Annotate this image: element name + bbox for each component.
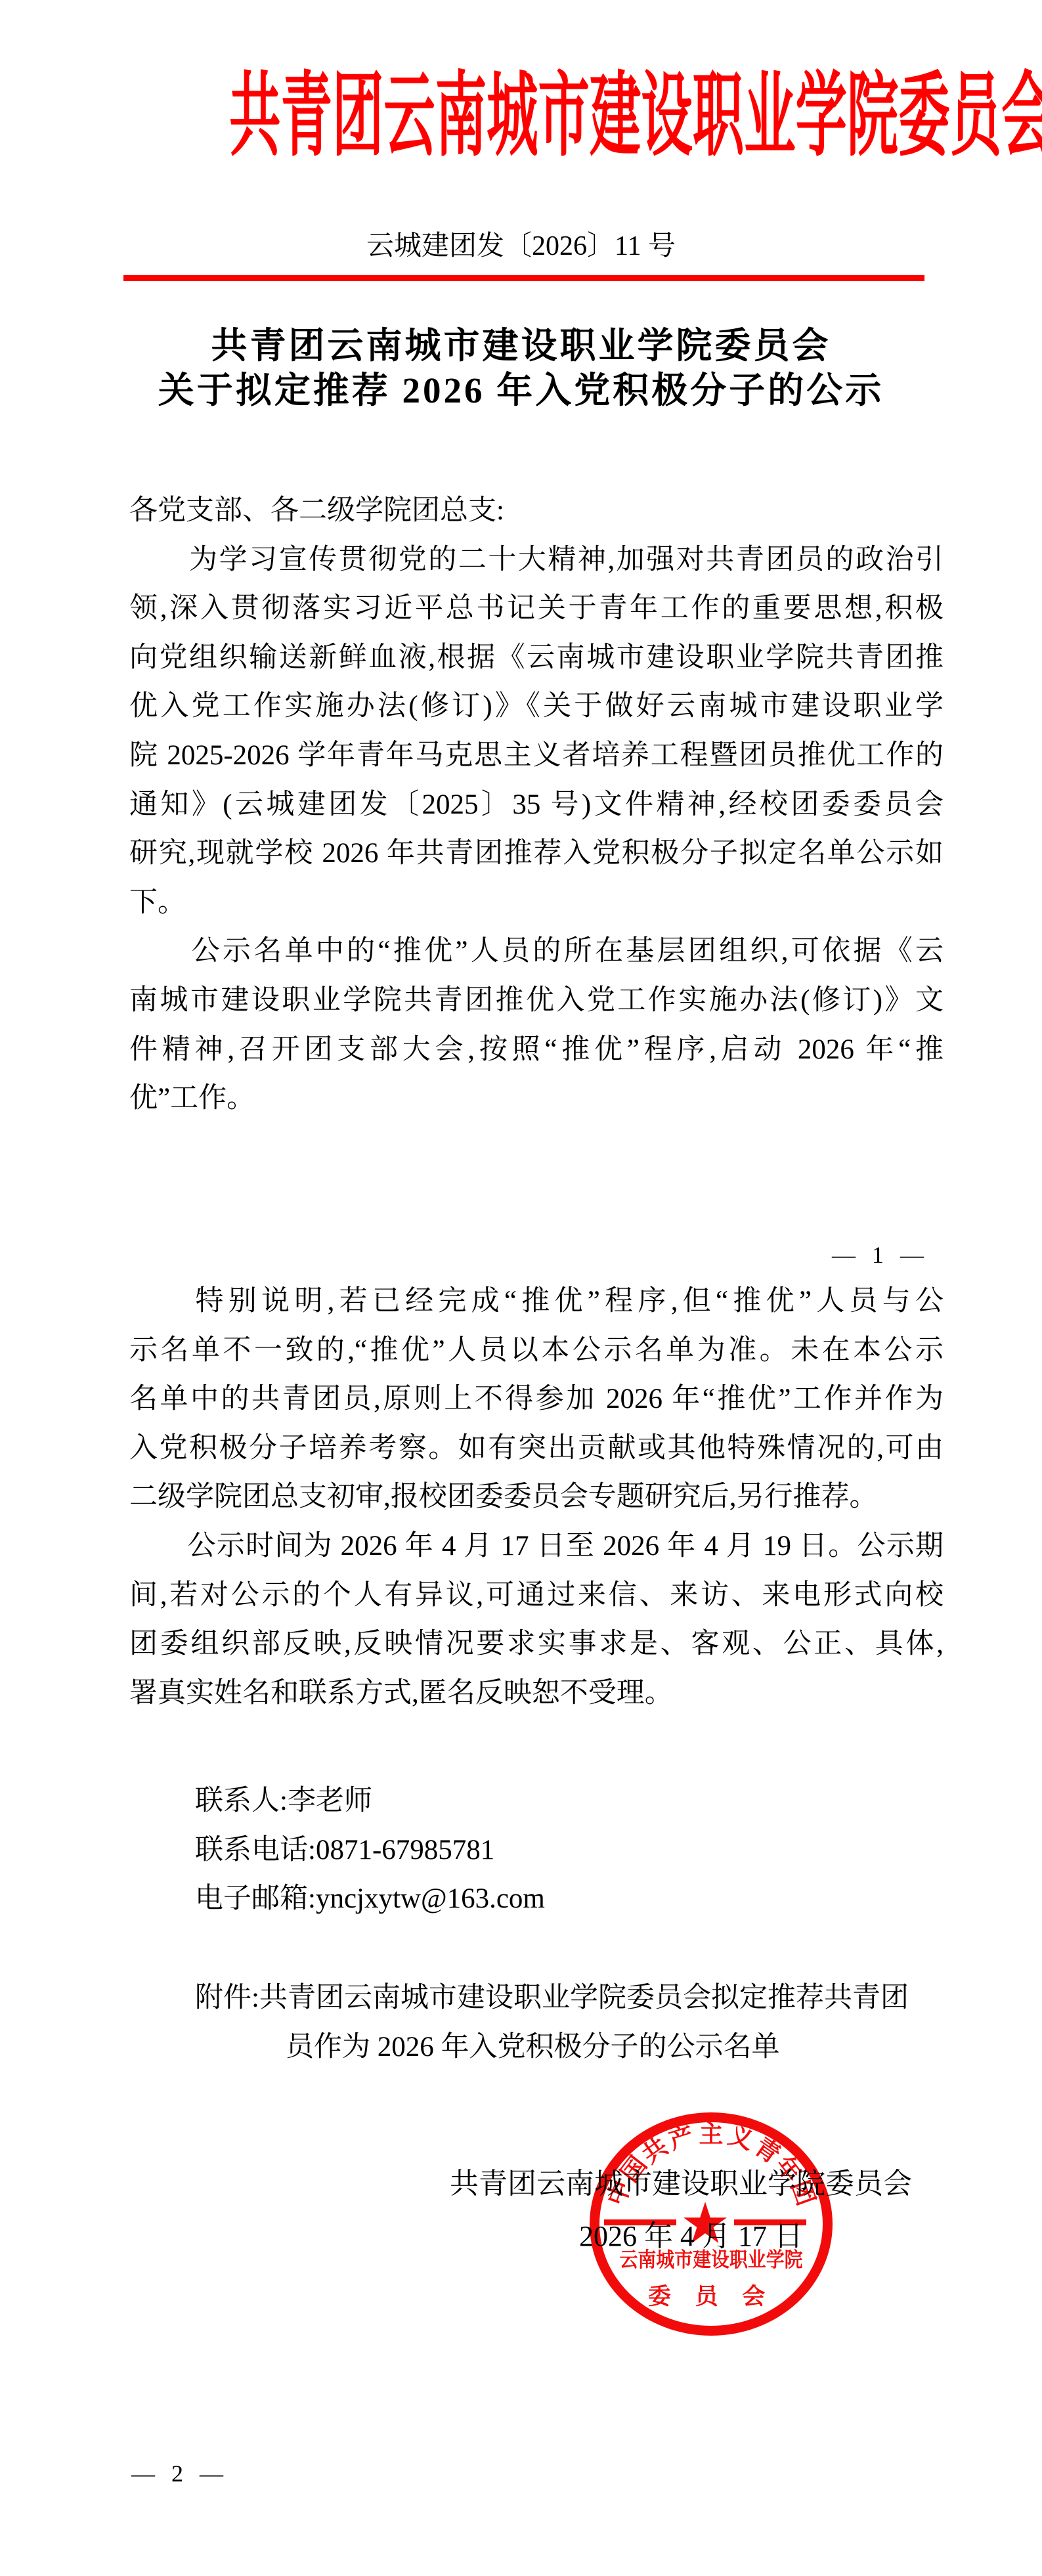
attachment-note: 附件:共青团云南城市建设职业学院委员会拟定推荐共青团 员作为 2026 年入党积… — [129, 1974, 983, 2072]
body-line: 电子邮箱:yncjxytw@163.com — [129, 1875, 944, 1924]
body-line: 通知》(云城建团发〔2025〕35 号)文件精神,经校团委委员会 — [129, 781, 944, 830]
seal-arc-char: 主 — [699, 2123, 724, 2147]
official-seal: 中国共产主义青年团 云南城市建设职业学院 委 员 会 — [590, 2112, 833, 2336]
body-line: 联系人:李老师 — [129, 1777, 944, 1826]
body-line: 向党组织输送新鲜血液,根据《云南城市建设职业学院共青团推 — [129, 634, 944, 683]
document-number: 云城建团发〔2026〕11 号 — [0, 230, 1042, 263]
seal-left-bar — [604, 2219, 676, 2225]
contact-info: 联系人:李老师联系电话:0871-67985781电子邮箱:yncjxytw@1… — [129, 1777, 944, 1924]
page2-body: 特别说明,若已经完成“推优”程序,但“推优”人员与公示名单不一致的,“推优”人员… — [129, 1277, 944, 1718]
body-line: 件精神,召开团支部大会,按照“推优”程序,启动 2026 年“推 — [129, 1026, 944, 1075]
body-line: 下。 — [129, 879, 944, 928]
red-divider-line — [123, 275, 924, 281]
body-line: 名单中的共青团员,原则上不得参加 2026 年“推优”工作并作为 — [129, 1375, 944, 1424]
document-title-line1: 共青团云南城市建设职业学院委员会 — [0, 324, 1042, 368]
body-line: 联系电话:0871-67985781 — [129, 1826, 944, 1875]
body-line: 领,深入贯彻落实习近平总书记关于青年工作的重要思想,积极 — [129, 584, 944, 634]
body-line: 南城市建设职业学院共青团推优入党工作实施办法(修订)》文 — [129, 976, 944, 1026]
seal-right-bar — [734, 2219, 806, 2225]
body-line: 特别说明,若已经完成“推优”程序,但“推优”人员与公 — [129, 1277, 944, 1326]
body-line: 团委组织部反映,反映情况要求实事求是、客观、公正、具体, — [129, 1620, 944, 1669]
document-page: 共青团云南城市建设职业学院委员会文件 云城建团发〔2026〕11 号 共青团云南… — [0, 0, 1042, 2576]
body-line: 院 2025-2026 学年青年马克思主义者培养工程暨团员推优工作的 — [129, 731, 944, 781]
body-line: 入党积极分子培养考察。如有突出贡献或其他特殊情况的,可由 — [129, 1424, 944, 1474]
page2-number: — 2 — — [131, 2460, 228, 2487]
body-line: 示名单不一致的,“推优”人员以本公示名单为准。未在本公示 — [129, 1326, 944, 1376]
body-line: 优”工作。 — [129, 1074, 944, 1124]
attachment-line2: 员作为 2026 年入党积极分子的公示名单 — [129, 2023, 983, 2072]
body-line: 各党支部、各二级学院团总支: — [129, 487, 944, 536]
body-line: 公示名单中的“推优”人员的所在基层团组织,可依据《云 — [129, 927, 944, 976]
body-line: 优入党工作实施办法(修订)》《关于做好云南城市建设职业学 — [129, 682, 944, 731]
page1-number: — 1 — — [832, 1241, 929, 1269]
body-line: 为学习宣传贯彻党的二十大精神,加强对共青团员的政治引 — [129, 536, 944, 585]
body-line: 署真实姓名和联系方式,匿名反映恕不受理。 — [129, 1669, 944, 1718]
body-line: 间,若对公示的个人有异议,可通过来信、来访、来电形式向校 — [129, 1571, 944, 1621]
page1-body: 各党支部、各二级学院团总支: 为学习宣传贯彻党的二十大精神,加强对共青团员的政治… — [129, 487, 944, 1124]
body-line: 公示时间为 2026 年 4 月 17 日至 2026 年 4 月 19 日。公… — [129, 1522, 944, 1571]
seal-org-name: 云南城市建设职业学院 — [602, 2248, 821, 2272]
letterhead-banner: 共青团云南城市建设职业学院委员会文件 — [229, 71, 813, 163]
attachment-line1: 附件:共青团云南城市建设职业学院委员会拟定推荐共青团 — [129, 1974, 983, 2023]
seal-org-sub: 委 员 会 — [590, 2283, 833, 2311]
body-line: 研究,现就学校 2026 年共青团推荐入党积极分子拟定名单公示如 — [129, 829, 944, 879]
body-line: 二级学院团总支初审,报校团委委员会专题研究后,另行推荐。 — [129, 1473, 944, 1522]
document-title-line2: 关于拟定推荐 2026 年入党积极分子的公示 — [0, 369, 1042, 412]
